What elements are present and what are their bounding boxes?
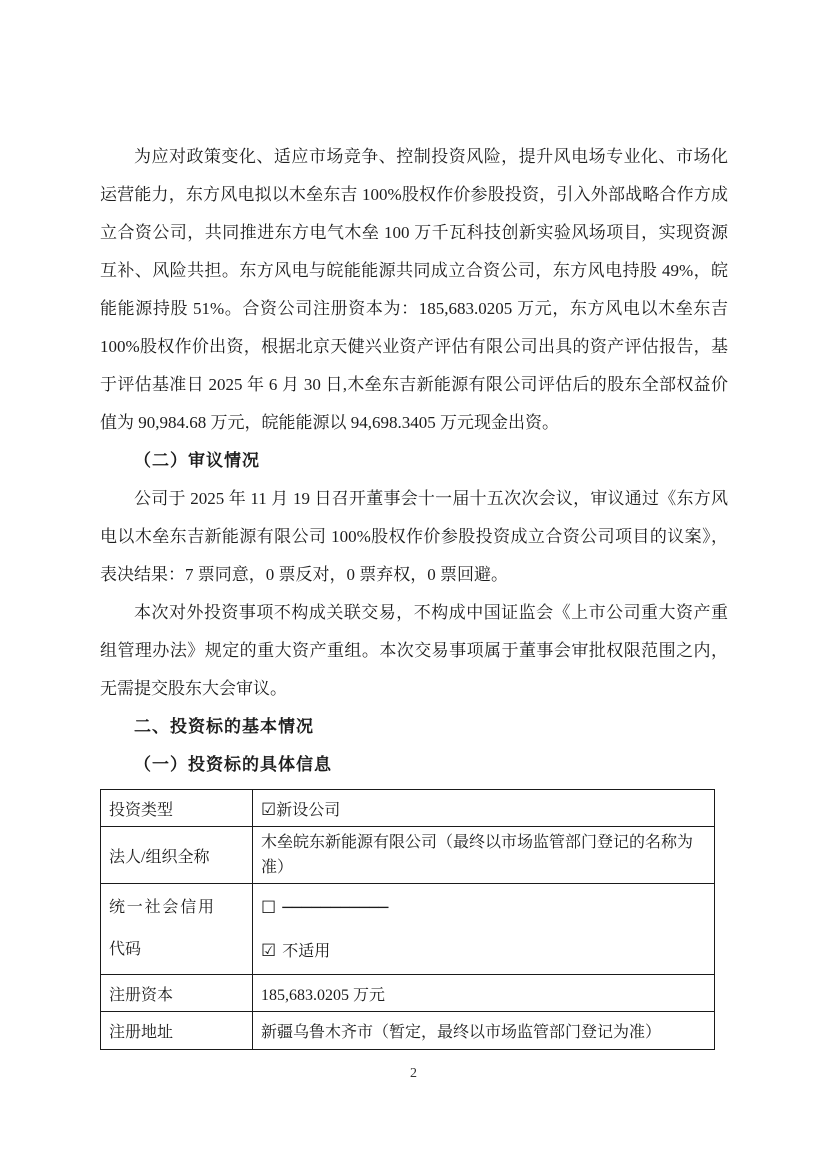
- blank-fill-line: ───────────: [282, 898, 388, 917]
- registered-capital-value: 185,683.0205 万元: [253, 975, 715, 1012]
- page-number: 2: [0, 1066, 827, 1082]
- table-row-registered-address: 注册地址 新疆乌鲁木齐市（暂定，最终以市场监管部门登记为准）: [101, 1012, 715, 1050]
- checkbox-unchecked-icon: ☐: [261, 896, 276, 920]
- document-page: 为应对政策变化、适应市场竞争、控制投资风险，提升风电场专业化、市场化运营能力，东…: [0, 0, 827, 1169]
- invest-type-label: 投资类型: [101, 790, 253, 827]
- document-content: 为应对政策变化、适应市场竞争、控制投资风险，提升风电场专业化、市场化运营能力，东…: [100, 0, 728, 1050]
- heading-investment-target: 二、投资标的基本情况: [100, 708, 728, 746]
- table-row-registered-capital: 注册资本 185,683.0205 万元: [101, 975, 715, 1012]
- registered-address-label: 注册地址: [101, 1012, 253, 1050]
- credit-code-na-text: 不适用: [282, 943, 330, 960]
- checkbox-checked-icon: ☑: [261, 800, 276, 820]
- paragraph-investment-background: 为应对政策变化、适应市场竞争、控制投资风险，提升风电场专业化、市场化运营能力，东…: [100, 138, 728, 442]
- invest-type-value: ☑新设公司: [253, 790, 715, 827]
- heading-target-details: （一）投资标的具体信息: [100, 746, 728, 784]
- credit-code-label: 统一社会信用代码: [101, 884, 253, 975]
- paragraph-transaction-nature: 本次对外投资事项不构成关联交易，不构成中国证监会《上市公司重大资产重组管理办法》…: [100, 594, 728, 708]
- heading-review-status: （二）审议情况: [100, 442, 728, 480]
- investment-target-table: 投资类型 ☑新设公司 法人/组织全称 木垒皖东新能源有限公司（最终以市场监管部门…: [100, 789, 715, 1050]
- checkbox-checked-icon: ☑: [261, 939, 276, 963]
- table-row-invest-type: 投资类型 ☑新设公司: [101, 790, 715, 827]
- entity-name-value: 木垒皖东新能源有限公司（最终以市场监管部门登记的名称为准）: [253, 827, 715, 884]
- credit-code-blank-option: ☐───────────: [261, 896, 706, 921]
- table-row-credit-code: 统一社会信用代码 ☐─────────── ☑不适用: [101, 884, 715, 975]
- registered-capital-label: 注册资本: [101, 975, 253, 1012]
- paragraph-board-resolution: 公司于 2025 年 11 月 19 日召开董事会十一届十五次次会议，审议通过《…: [100, 480, 728, 594]
- credit-code-na-option: ☑不适用: [261, 939, 706, 964]
- entity-name-label: 法人/组织全称: [101, 827, 253, 884]
- credit-code-value: ☐─────────── ☑不适用: [253, 884, 715, 975]
- registered-address-value: 新疆乌鲁木齐市（暂定，最终以市场监管部门登记为准）: [253, 1012, 715, 1050]
- table-row-entity-name: 法人/组织全称 木垒皖东新能源有限公司（最终以市场监管部门登记的名称为准）: [101, 827, 715, 884]
- invest-type-text: 新设公司: [276, 802, 340, 819]
